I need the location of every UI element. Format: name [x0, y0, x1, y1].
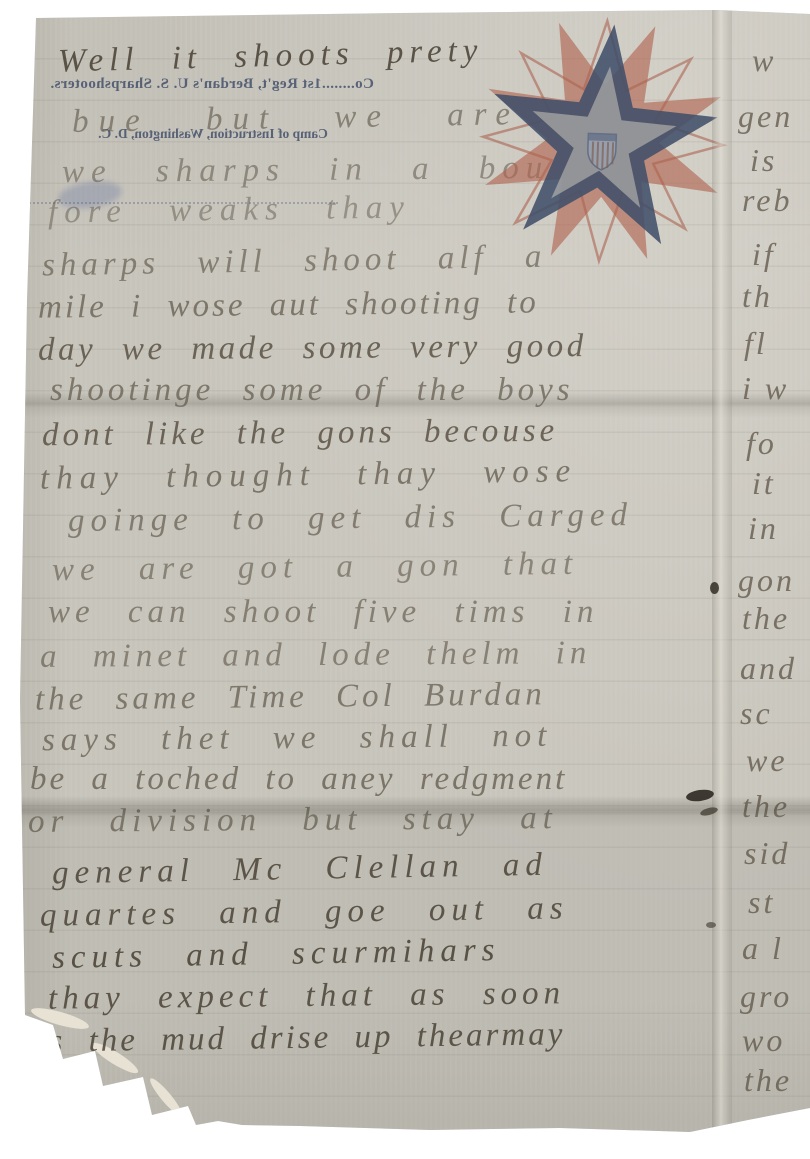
letter-scan: Co........1st Reg't, Berdan's U. S. Shar… [0, 0, 810, 1159]
right-page-fragment: sc [740, 695, 773, 732]
handwriting-line: mile i wose aut shooting to [38, 284, 539, 326]
right-page-fragment: it [752, 465, 776, 502]
right-page-fragment: the [742, 600, 790, 637]
right-page-fragment: th [742, 278, 773, 315]
right-page-fragment: sid [744, 835, 790, 872]
handwriting-line: says thet we shall not [42, 718, 553, 759]
right-page-fragment: and [740, 650, 797, 687]
handwriting-line: we are got a gon that [52, 546, 579, 589]
handwriting-line: quartes and goe out as [40, 890, 569, 934]
ink-blot [706, 922, 716, 928]
handwriting-line: a minet and lode thelm in [40, 635, 592, 676]
right-page-fragment: if [752, 236, 776, 273]
handwriting-line: fore weaks thay [48, 189, 411, 231]
right-page-fragment: st [748, 884, 775, 921]
right-page-fragment: fo [746, 425, 777, 462]
handwriting-line: the same Time Col Burdan [35, 676, 546, 718]
horizontal-fold-crease [0, 796, 810, 828]
horizontal-fold-crease [0, 392, 810, 418]
handwriting-line: day we made some very good [38, 328, 587, 369]
right-page-fragment: the [744, 1062, 792, 1099]
vertical-fold-crease [712, 0, 732, 1159]
handwriting-line: bue but we are [72, 96, 521, 141]
handwriting-line: we can shoot five tims in [48, 594, 598, 631]
handwriting-line: thay thought thay wose [40, 453, 578, 497]
paper-sheet: Co........1st Reg't, Berdan's U. S. Shar… [0, 0, 810, 1159]
handwriting-line: scuts and scurmihars [52, 932, 501, 977]
handwriting-line: dont like the gons becouse [42, 413, 559, 455]
right-page-fragment: wo [742, 1022, 785, 1059]
handwriting-line: os the mud drise up thearmay [30, 1016, 566, 1060]
right-page-fragment: in [748, 510, 779, 547]
handwriting-line: be a toched to aney redgment [30, 761, 567, 798]
right-page-fragment: gro [740, 978, 792, 1015]
ink-blot [710, 582, 719, 594]
handwriting-line: Well it shoots prety [58, 32, 484, 80]
right-page-fragment: fl [744, 325, 768, 362]
handwriting-line: goinge to get dis Carged [68, 497, 633, 540]
right-page-fragment: a l [742, 930, 784, 967]
handwriting-line: thay expect that as soon [48, 975, 565, 1017]
right-page-fragment: gon [738, 562, 795, 599]
right-page-fragment: we [746, 742, 788, 779]
